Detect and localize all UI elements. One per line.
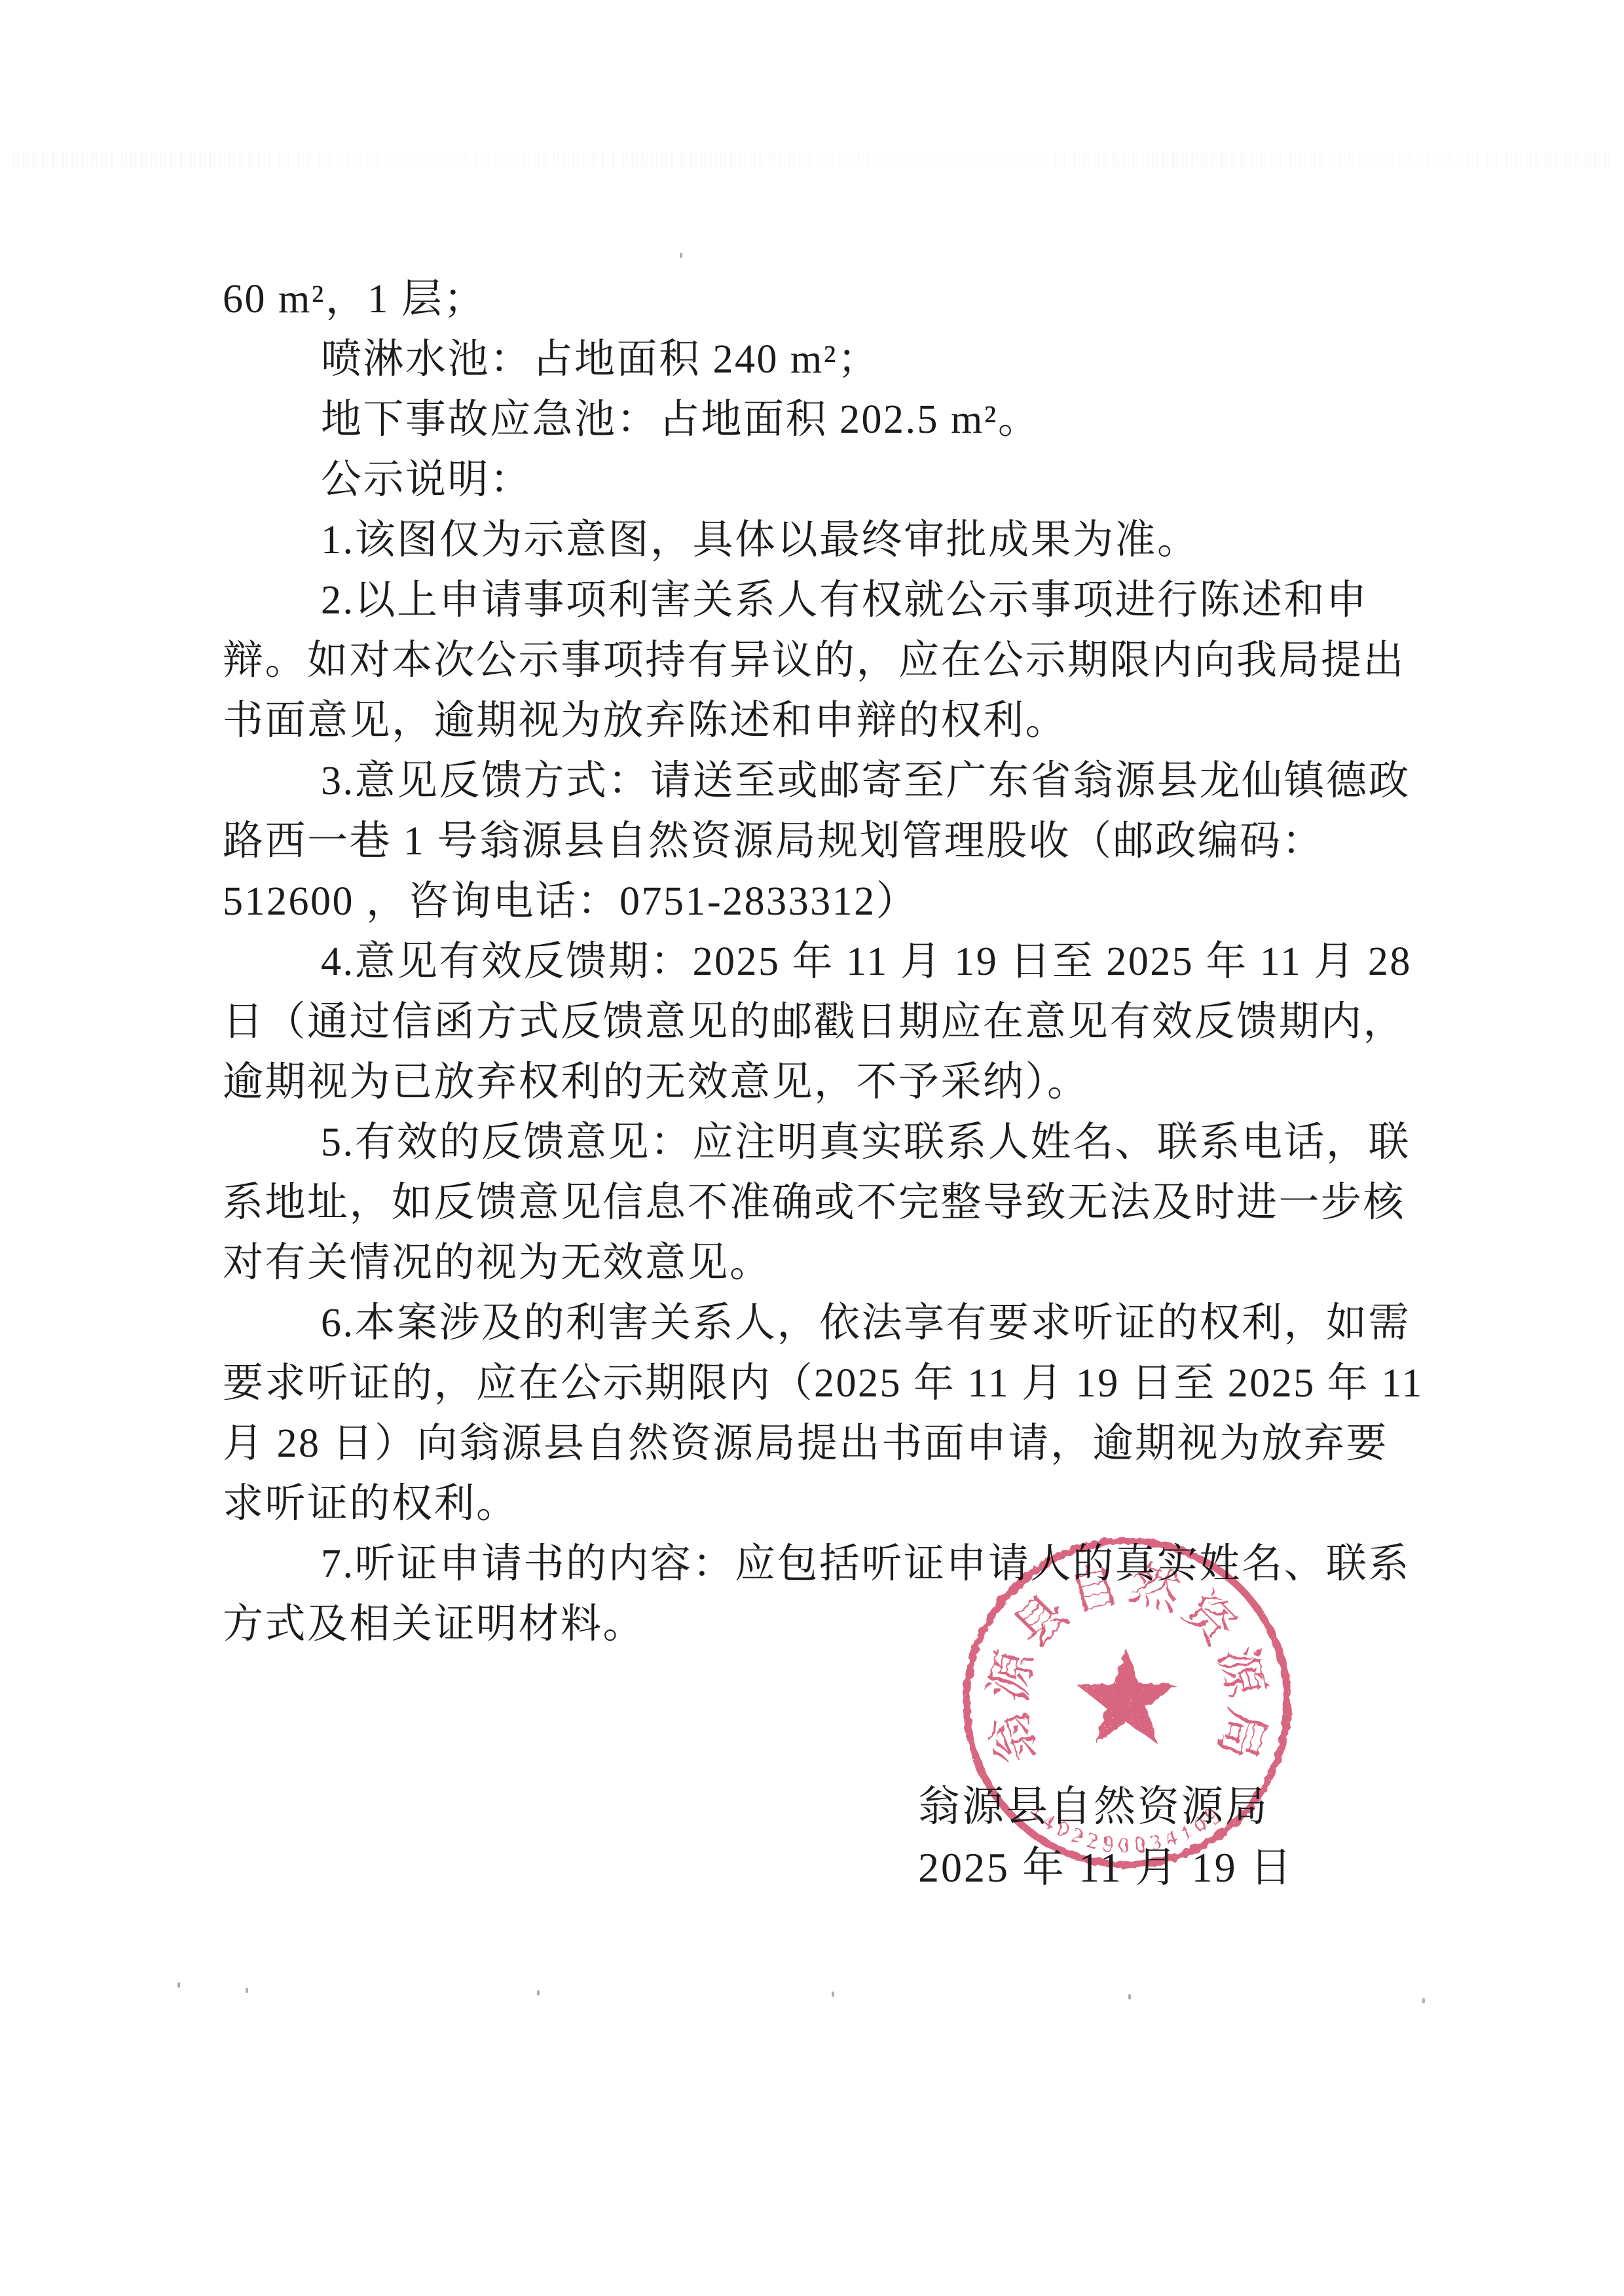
dust-speck <box>1128 1994 1131 1999</box>
text-line: 方式及相关证明材料。 <box>223 1598 645 1650</box>
text-line: 系地址，如反馈意见信息不准确或不完整导致无法及时进一步核 <box>223 1176 1405 1229</box>
text-line: 1.该图仅为示意图，具体以最终审批成果为准。 <box>321 514 1200 566</box>
text-line: 辩。如对本次公示事项持有异议的，应在公示期限内向我局提出 <box>223 634 1405 687</box>
text-line: 对有关情况的视为无效意见。 <box>223 1237 772 1289</box>
text-line: 5.有效的反馈意见：应注明真实联系人姓名、联系电话，联 <box>321 1116 1411 1169</box>
text-line: 要求听证的，应在公示期限内（2025 年 11 月 19 日至 2025 年 1… <box>223 1357 1424 1410</box>
star-icon <box>1077 1649 1176 1743</box>
text-line: 4.意见有效反馈期：2025 年 11 月 19 日至 2025 年 11 月 … <box>321 936 1412 988</box>
dust-speck <box>1422 1998 1425 2003</box>
dust-speck <box>177 1982 180 1988</box>
text-line: 路西一巷 1 号翁源县自然资源局规划管理股收（邮政编码： <box>223 815 1324 867</box>
scan-noise-band <box>13 152 1611 168</box>
text-line: 公示说明： <box>321 454 532 506</box>
text-line: 60 m²，1 层； <box>223 273 486 325</box>
text-line: 逾期视为已放弃权利的无效意见，不予采纳）。 <box>223 1056 1090 1108</box>
text-line: 3.意见反馈方式：请送至或邮寄至广东省翁源县龙仙镇德政 <box>321 755 1411 807</box>
text-line: 日（通过信函方式反馈意见的邮戳日期应在意见有效反馈期内， <box>223 996 1405 1048</box>
page: 60 m²，1 层；喷淋水池：占地面积 240 m²；地下事故应急池：占地面积 … <box>0 0 1624 2296</box>
text-line: 6.本案涉及的利害关系人，依法享有要求听证的权利，如需 <box>321 1297 1411 1349</box>
dust-speck <box>537 1990 540 1995</box>
text-line: 512600 ，咨询电话：0751-2833312） <box>223 875 918 928</box>
text-line: 求听证的权利。 <box>223 1478 519 1530</box>
text-line: 书面意见，逾期视为放弃陈述和申辩的权利。 <box>223 695 1067 747</box>
text-line: 喷淋水池：占地面积 240 m²； <box>321 333 879 386</box>
signature-agency: 翁源县自然资源局 <box>918 1781 1269 1833</box>
signature-date: 2025 年 11 月 19 日 <box>918 1842 1294 1894</box>
text-line: 2.以上申请事项利害关系人有权就公示事项进行陈述和申 <box>321 574 1369 627</box>
dust-speck <box>680 253 682 258</box>
text-line: 地下事故应急池：占地面积 202.5 m²。 <box>321 393 1040 446</box>
text-line: 月 28 日）向翁源县自然资源局提出书面申请，逾期视为放弃要 <box>223 1417 1388 1470</box>
dust-speck <box>832 1992 834 1997</box>
dust-speck <box>246 1988 248 1993</box>
